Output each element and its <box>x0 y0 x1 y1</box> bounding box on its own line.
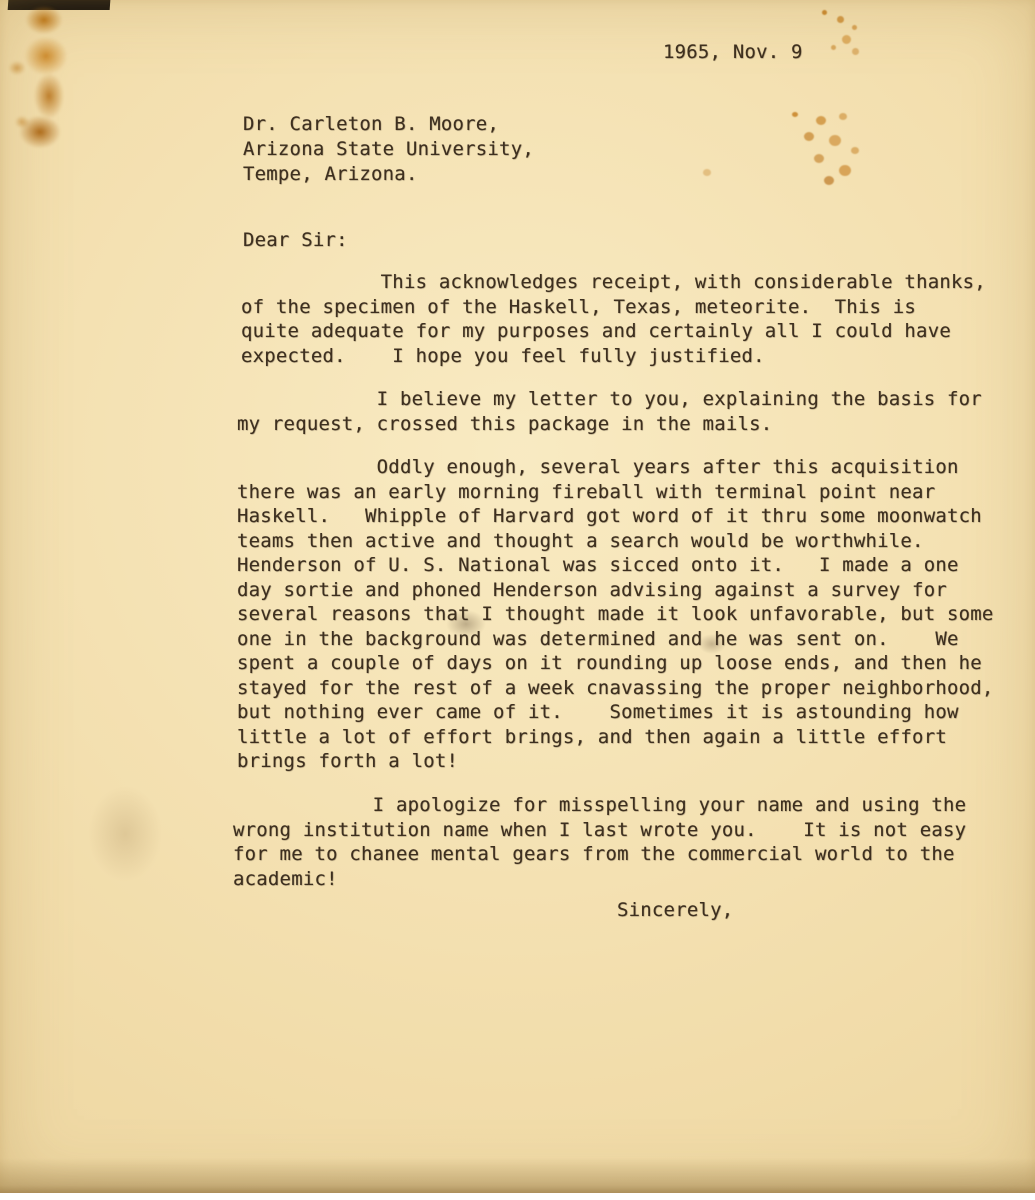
recipient-institution: Arizona State University, <box>243 138 534 160</box>
letter-page: 1965, Nov. 9 Dr. Carleton B. Moore, Ariz… <box>0 0 1035 1193</box>
letter-date: 1965, Nov. 9 <box>663 40 803 65</box>
recipient-city: Tempe, Arizona. <box>243 163 418 185</box>
rust-specks-right <box>792 112 798 117</box>
scanned-letter: 1965, Nov. 9 Dr. Carleton B. Moore, Ariz… <box>0 0 1035 1200</box>
signature-closing: Sincerely, <box>617 898 733 923</box>
paragraph-apology: I apologize for misspelling your name an… <box>233 793 1013 891</box>
faint-smudge-left <box>88 786 162 882</box>
recipient-address: Dr. Carleton B. Moore, Arizona State Uni… <box>243 112 534 187</box>
corner-rust-stain <box>4 2 84 154</box>
recipient-name: Dr. Carleton B. Moore, <box>243 113 499 135</box>
paragraph-crossed-letter: I believe my letter to you, explaining t… <box>237 387 1017 436</box>
bottom-edge-shadow <box>0 1158 1035 1193</box>
rust-specks-top-right <box>822 10 827 15</box>
salutation: Dear Sir: <box>243 228 348 253</box>
paragraph-fireball-story: Oddly enough, several years after this a… <box>237 455 1022 774</box>
paragraph-acknowledgement: This acknowledges receipt, with consider… <box>241 270 1011 368</box>
